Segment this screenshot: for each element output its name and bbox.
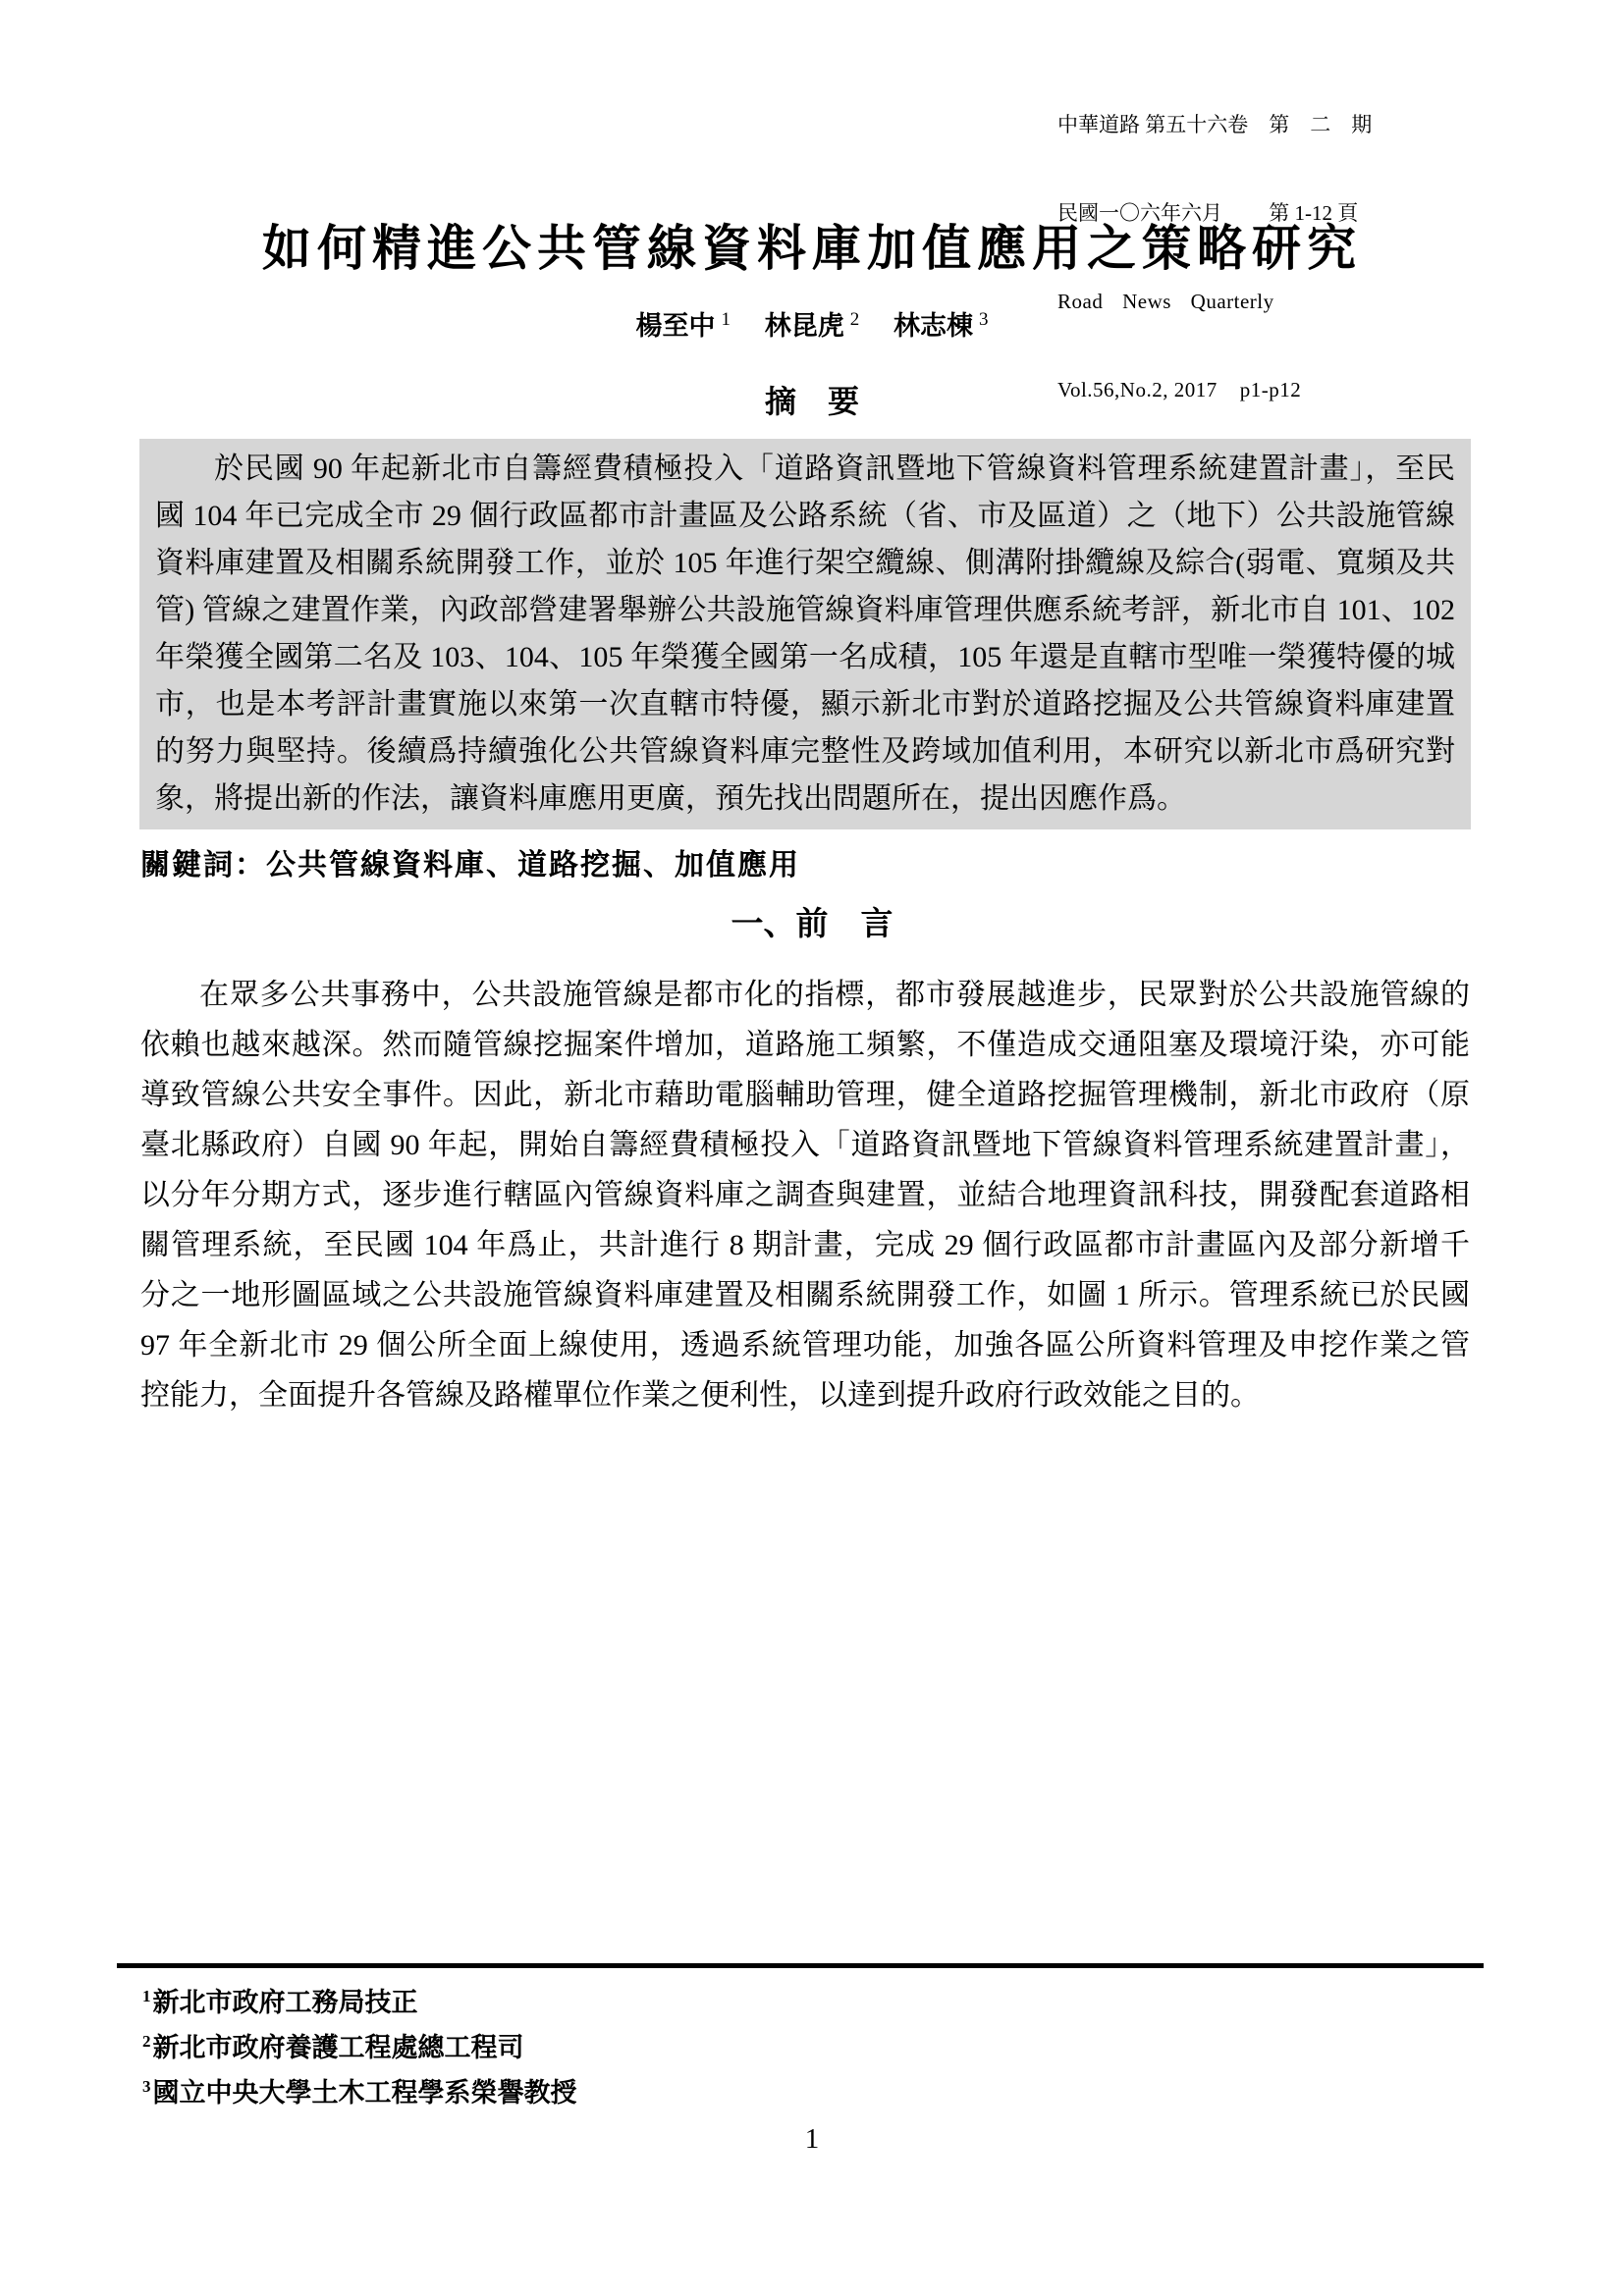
footnote-marker: 2 — [142, 2032, 151, 2051]
abstract-line: 國 104 年已完成全市 29 個行政區都市計畫區及公路系統（省、市及區道）之（… — [155, 493, 1455, 540]
footnote-text: 新北市政府工務局技正 — [153, 1988, 418, 2017]
paragraph-line: 在眾多公共事務中，公共設施管線是都市化的指標，都市發展越進步，民眾對於公共設施管… — [140, 970, 1470, 1020]
introduction-paragraph: 在眾多公共事務中，公共設施管線是都市化的指標，都市發展越進步，民眾對於公共設施管… — [140, 970, 1470, 1420]
keywords-line: 關鍵詞：公共管線資料庫、道路挖掘、加值應用 — [140, 840, 800, 883]
journal-header-line-volume: 中華道路 第五十六卷 第 二 期 — [1057, 110, 1372, 139]
footnote-text: 國立中央大學土木工程學系榮譽教授 — [153, 2078, 577, 2108]
paragraph-line: 控能力，全面提升各管線及路權單位作業之便利性，以達到提升政府行政效能之目的。 — [140, 1370, 1470, 1420]
page-title: 如何精進公共管線資料庫加值應用之策略研究 — [0, 209, 1624, 280]
author: 林志棟3 — [893, 311, 989, 341]
author: 楊至中1 — [636, 311, 731, 341]
author-footnote-marker: 3 — [979, 309, 989, 330]
author-name: 林志棟 — [893, 311, 973, 341]
footnote-marker: 1 — [142, 1987, 151, 2005]
abstract-line: 年榮獲全國第二名及 103、104、105 年榮獲全國第一名成積，105 年還是… — [155, 634, 1455, 681]
footnote-marker: 3 — [142, 2077, 151, 2096]
abstract-line: 於民國 90 年起新北市自籌經費積極投入「道路資訊暨地下管線資料管理系統建置計畫… — [155, 446, 1455, 493]
author-footnote-marker: 2 — [850, 309, 860, 330]
abstract-line: 管) 管線之建置作業，內政部營建署舉辦公共設施管線資料庫管理供應系統考評，新北市… — [155, 587, 1455, 634]
footnote: 1新北市政府工務局技正 — [142, 1977, 577, 2022]
author-name: 林昆虎 — [765, 311, 844, 341]
section-heading-introduction: 一、前 言 — [0, 898, 1624, 944]
author: 林昆虎2 — [765, 311, 860, 341]
footnote-text: 新北市政府養護工程處總工程司 — [153, 2033, 524, 2062]
abstract-line: 的努力與堅持。後續爲持續強化公共管線資料庫完整性及跨域加值利用，本研究以新北市爲… — [155, 728, 1455, 775]
paragraph-line: 97 年全新北市 29 個公所全面上線使用，透過系統管理功能，加強各區公所資料管… — [140, 1320, 1470, 1370]
footnote-divider — [117, 1963, 1484, 1968]
abstract-line: 資料庫建置及相關系統開發工作，並於 105 年進行架空纜線、側溝附掛纜線及綜合(… — [155, 540, 1455, 587]
document-page: 中華道路 第五十六卷 第 二 期 民國一〇六年六月 第 1-12 頁 Road … — [0, 0, 1624, 2296]
paragraph-line: 關管理系統，至民國 104 年爲止，共計進行 8 期計畫，完成 29 個行政區都… — [140, 1220, 1470, 1270]
footnote: 3國立中央大學土木工程學系榮譽教授 — [142, 2067, 577, 2112]
author-footnote-marker: 1 — [722, 309, 731, 330]
abstract-line: 市，也是本考評計畫實施以來第一次直轄市特優，顯示新北市對於道路挖掘及公共管線資料… — [155, 681, 1455, 728]
paragraph-line: 以分年分期方式，逐步進行轄區內管線資料庫之調查與建置，並結合地理資訊科技，開發配… — [140, 1170, 1470, 1220]
paragraph-line: 臺北縣政府）自國 90 年起，開始自籌經費積極投入「道路資訊暨地下管線資料管理系… — [140, 1120, 1470, 1170]
abstract-heading: 摘 要 — [0, 377, 1624, 422]
author-name: 楊至中 — [636, 311, 716, 341]
paragraph-line: 導致管線公共安全事件。因此，新北市藉助電腦輔助管理，健全道路挖掘管理機制，新北市… — [140, 1070, 1470, 1120]
abstract-line: 象，將提出新的作法，讓資料庫應用更廣，預先找出問題所在，提出因應作爲。 — [155, 775, 1455, 823]
footnotes: 1新北市政府工務局技正 2新北市政府養護工程處總工程司 3國立中央大學土木工程學… — [142, 1977, 577, 2112]
paragraph-line: 分之一地形圖區域之公共設施管線資料庫建置及相關系統開發工作，如圖 1 所示。管理… — [140, 1270, 1470, 1320]
footnote: 2新北市政府養護工程處總工程司 — [142, 2022, 577, 2067]
page-number: 1 — [0, 2123, 1624, 2156]
abstract-block: 於民國 90 年起新北市自籌經費積極投入「道路資訊暨地下管線資料管理系統建置計畫… — [139, 439, 1471, 829]
paragraph-line: 依賴也越來越深。然而隨管線挖掘案件增加，道路施工頻繁，不僅造成交通阻塞及環境汙染… — [140, 1020, 1470, 1070]
author-list: 楊至中1 林昆虎2 林志棟3 — [0, 304, 1624, 343]
